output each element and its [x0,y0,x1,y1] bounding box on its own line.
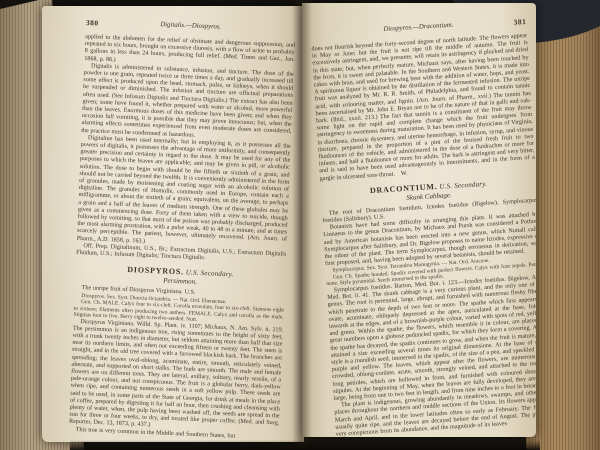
book-photo: 380 Digitalis.—Diospyros. applied to the… [0,0,600,450]
bottom-page-shadow [70,440,540,450]
left-page: 380 Digitalis.—Diospyros. applied to the… [42,6,304,442]
paragraph: Digitalis is administered in substance, … [81,63,294,144]
right-page-body: does not flourish beyond the forty-secon… [311,33,536,437]
right-page-stack-fore-edge [526,0,600,450]
right-page-text-column: Diospyros.—Dracontium. 381 does not flou… [310,17,536,437]
book-spine-gutter [292,0,312,450]
paragraph: does not flourish beyond the forty-secon… [311,33,535,183]
paragraph: Digitaline has been used internally; but… [77,135,291,252]
left-running-head: Digitalis.—Diospyros. [86,18,296,34]
left-page-body: applied to the abdomen for the relief of… [69,34,296,442]
paragraph: Symplocarpus foetidus. Barton, Med. Bot.… [327,274,536,403]
paragraph: Diospyros Virginiana. Willd. Sp. Plant. … [69,318,283,435]
right-page: Diospyros.—Dracontium. 381 does not flou… [302,3,536,437]
left-page-text-column: 380 Digitalis.—Diospyros. applied to the… [69,18,296,442]
